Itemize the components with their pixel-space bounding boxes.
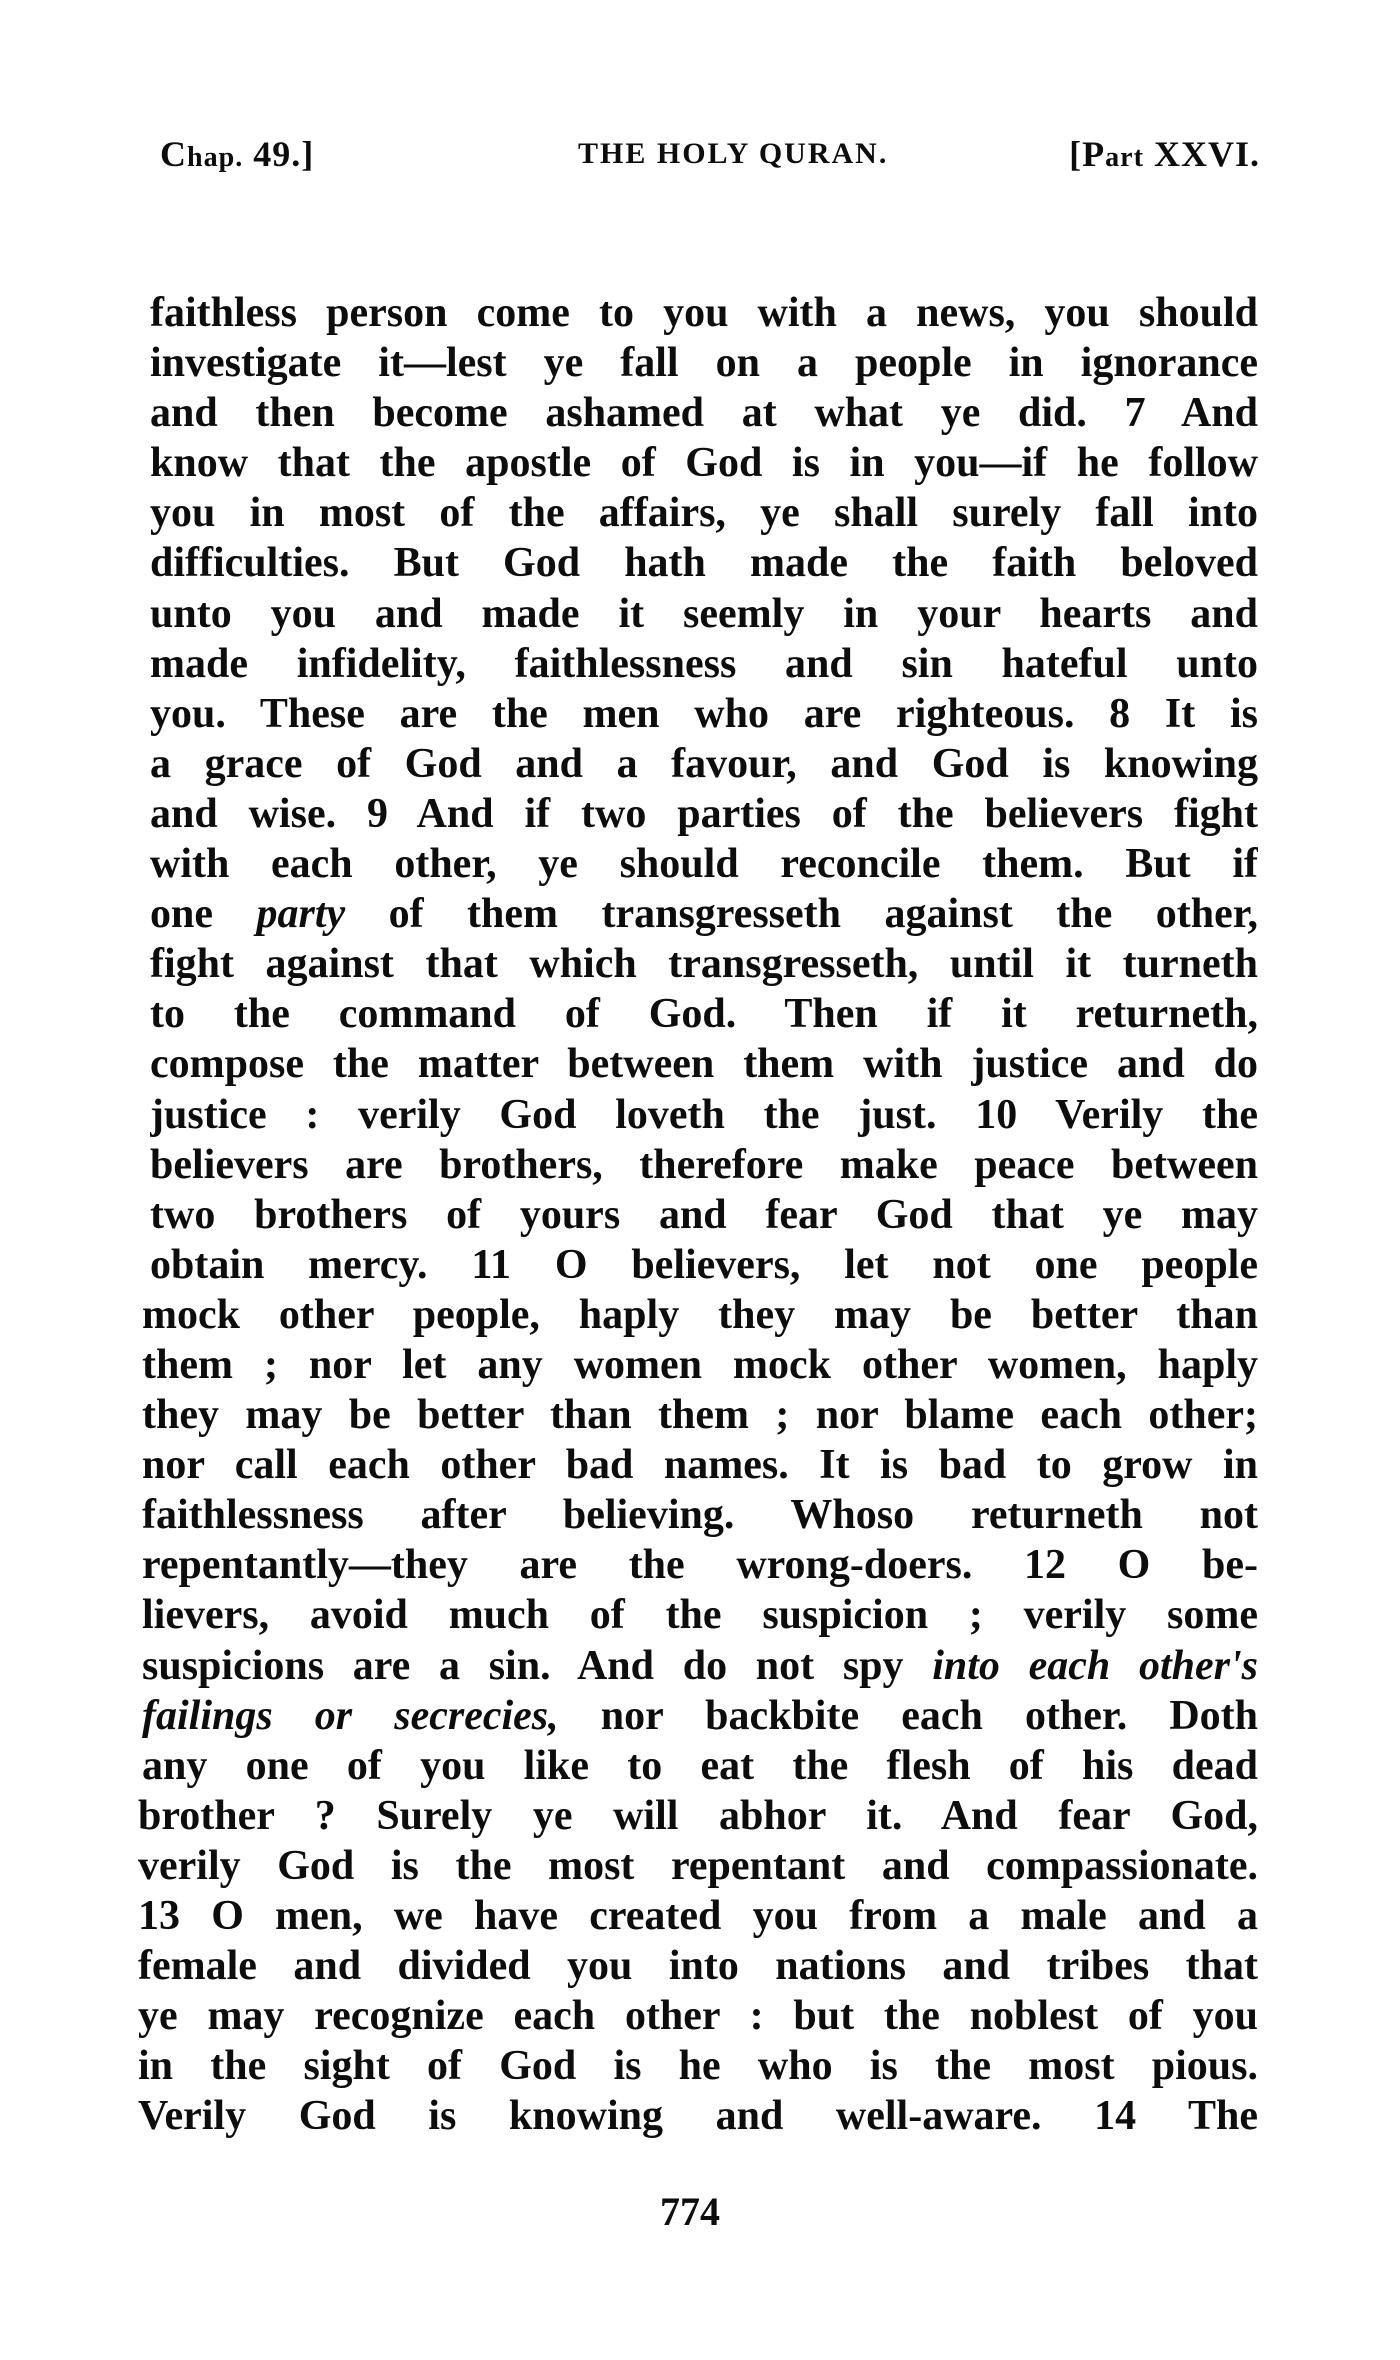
text-line: difficulties. But God hath made the fait… — [150, 538, 1258, 588]
text-line: a grace of God and a favour, and God is … — [150, 739, 1258, 789]
text-line: you. These are the men who are righteous… — [150, 689, 1258, 739]
text-segment: suspicions are a sin. And do not spy — [142, 1643, 932, 1689]
text-line: they may be better than them ; nor blame… — [142, 1390, 1258, 1440]
chapter-prefix: C — [160, 134, 187, 174]
italic-segment: into each other's — [932, 1643, 1258, 1689]
part-label: [Part XXVI. — [1069, 132, 1260, 180]
text-line: Verily God is knowing and well-aware. 14… — [138, 2091, 1258, 2141]
text-line: female and divided you into nations and … — [138, 1941, 1258, 1991]
text-line: suspicions are a sin. And do not spy int… — [142, 1641, 1258, 1691]
text-line: believers are brothers, therefore make p… — [150, 1140, 1258, 1190]
text-line: mock other people, haply they may be bet… — [142, 1290, 1258, 1340]
text-line: investigate it—lest ye fall on a people … — [150, 338, 1258, 388]
text-line: two brothers of yours and fear God that … — [150, 1190, 1258, 1240]
text-segment: one — [150, 891, 256, 937]
text-segment: of them transgresseth against the other, — [345, 891, 1258, 937]
text-line: in the sight of God is he who is the mos… — [138, 2041, 1258, 2091]
text-line: faithlessness after believing. Whoso ret… — [142, 1490, 1258, 1540]
page-number: 774 — [655, 2190, 725, 2234]
text-line: 13 O men, we have created you from a mal… — [138, 1891, 1258, 1941]
text-line: them ; nor let any women mock other wome… — [142, 1340, 1258, 1390]
body-text: faithless person come to you with a news… — [150, 288, 1258, 2141]
text-line: obtain mercy. 11 O believers, let not on… — [150, 1240, 1258, 1290]
part-smallcaps: art — [1105, 142, 1144, 173]
text-line: you in most of the affairs, ye shall sur… — [150, 488, 1258, 538]
text-line: verily God is the most repentant and com… — [138, 1841, 1258, 1891]
italic-segment: party — [256, 891, 345, 937]
text-segment: nor backbite each other. Doth — [559, 1693, 1258, 1739]
text-line: faithless person come to you with a news… — [150, 288, 1258, 338]
text-line: nor call each other bad names. It is bad… — [142, 1440, 1258, 1490]
italic-segment: failings or secrecies, — [142, 1693, 559, 1739]
text-line: made infidelity, faithlessness and sin h… — [150, 639, 1258, 689]
text-line: any one of you like to eat the flesh of … — [142, 1741, 1258, 1791]
part-number: XXVI. — [1154, 134, 1260, 174]
chapter-number: 49.] — [253, 134, 314, 174]
text-line: unto you and made it seemly in your hear… — [150, 589, 1258, 639]
text-line: and then become ashamed at what ye did. … — [150, 388, 1258, 438]
text-line: one party of them transgresseth against … — [150, 889, 1258, 939]
text-line: repentantly—they are the wrong-doers. 12… — [142, 1540, 1258, 1590]
text-line: justice : verily God loveth the just. 10… — [150, 1090, 1258, 1140]
text-line: ye may recognize each other : but the no… — [138, 1991, 1258, 2041]
text-line: with each other, ye should reconcile the… — [150, 839, 1258, 889]
text-line: and wise. 9 And if two parties of the be… — [150, 789, 1258, 839]
text-line: failings or secrecies, nor backbite each… — [142, 1691, 1258, 1741]
book-title: THE HOLY QURAN. — [578, 132, 888, 176]
text-line: fight against that which transgresseth, … — [150, 939, 1258, 989]
text-line: compose the matter between them with jus… — [150, 1039, 1258, 1089]
text-line: know that the apostle of God is in you—i… — [150, 438, 1258, 488]
chapter-smallcaps: hap. — [187, 142, 243, 173]
chapter-label: Chap. 49.] — [160, 132, 314, 180]
book-page: Chap. 49.] THE HOLY QURAN. [Part XXVI. f… — [0, 0, 1400, 2360]
running-head: Chap. 49.] THE HOLY QURAN. [Part XXVI. — [160, 132, 1260, 176]
text-line: to the command of God. Then if it return… — [150, 989, 1258, 1039]
part-prefix: [P — [1069, 134, 1105, 174]
text-line: brother ? Surely ye will abhor it. And f… — [138, 1791, 1258, 1841]
text-line: lievers, avoid much of the suspicion ; v… — [142, 1590, 1258, 1640]
